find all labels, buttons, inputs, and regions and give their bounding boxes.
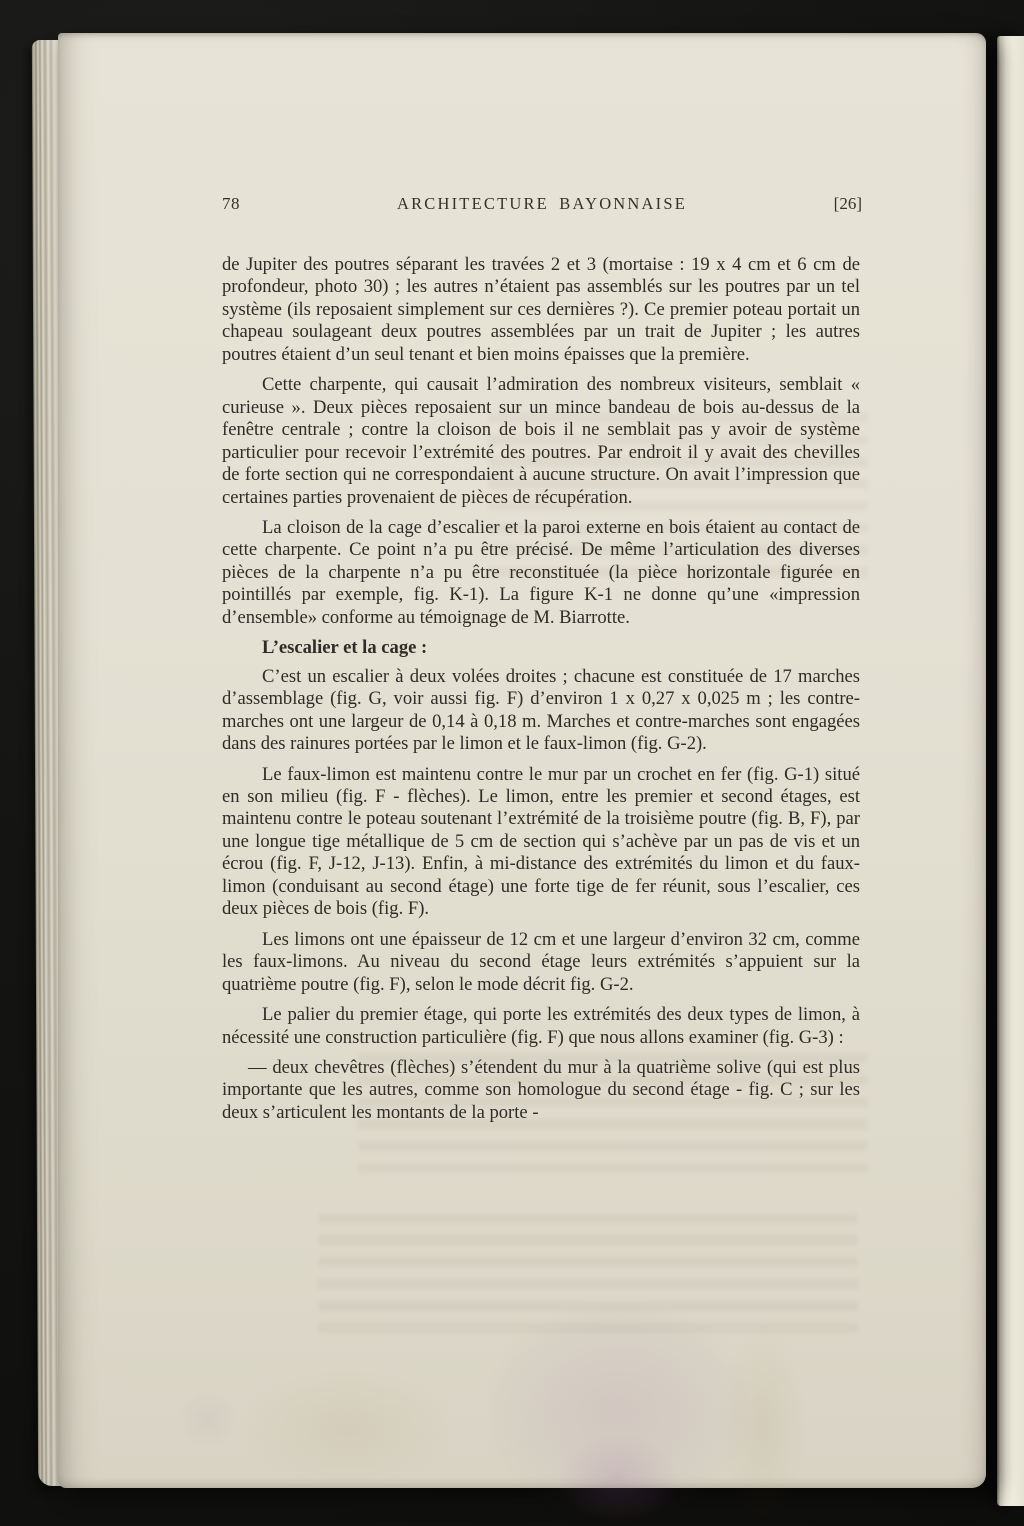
stain-mark	[718, 1323, 808, 1523]
paragraph: La cloison de la cage d’escalier et la p…	[222, 517, 860, 629]
running-header: 78 ARCHITECTURE BAYONNAISE [26]	[222, 194, 862, 218]
paragraph: — deux chevêtres (flèches) s’étendent du…	[222, 1057, 860, 1124]
paragraph: de Jupiter des poutres séparant les trav…	[222, 254, 860, 366]
book-page: 78 ARCHITECTURE BAYONNAISE [26] de Jupit…	[58, 33, 986, 1488]
stain-mark	[558, 1433, 678, 1523]
show-through-ghost	[318, 1213, 858, 1343]
stain-mark	[178, 1388, 238, 1448]
running-head-title: ARCHITECTURE BAYONNAISE	[222, 194, 862, 214]
stain-mark	[488, 1303, 748, 1513]
paragraph: C’est un escalier à deux volées droites …	[222, 666, 860, 756]
paragraph: Les limons ont une épaisseur de 12 cm et…	[222, 929, 860, 996]
page-body-text: de Jupiter des poutres séparant les trav…	[222, 254, 860, 1132]
paragraph: Cette charpente, qui causait l’admiratio…	[222, 374, 860, 509]
scanned-book-photo: 78 ARCHITECTURE BAYONNAISE [26] de Jupit…	[0, 0, 1024, 1526]
facing-page-edge	[997, 36, 1024, 1506]
stain-mark	[238, 1363, 458, 1493]
paragraph: Le palier du premier étage, qui porte le…	[222, 1004, 860, 1049]
paragraph: Le faux-limon est maintenu contre le mur…	[222, 764, 860, 921]
column-reference: [26]	[834, 194, 862, 214]
section-heading: L’escalier et la cage :	[222, 637, 860, 659]
